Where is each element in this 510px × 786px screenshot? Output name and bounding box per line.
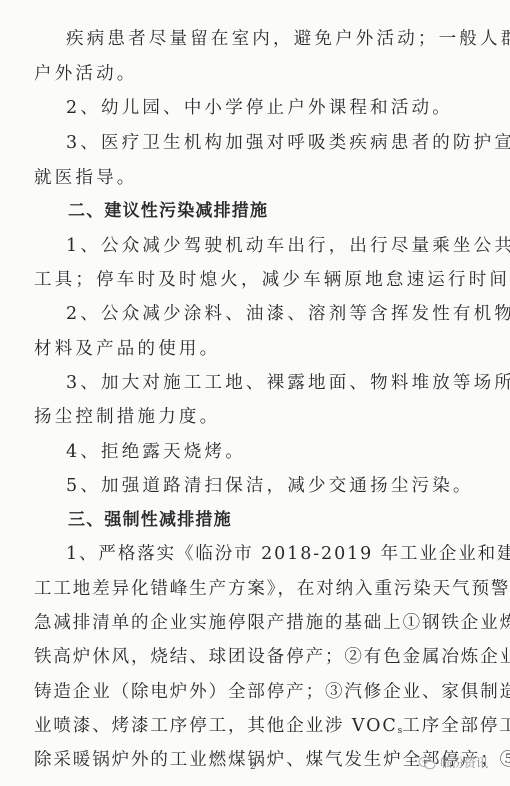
watermark-label: 临汾资讯 — [440, 754, 488, 771]
list-item: 5、加强道路清扫保洁，减少交通扬尘污染。 — [66, 475, 474, 497]
text-line-voc: 业喷漆、烤漆工序停工，其他企业涉 VOCs工序全部停工；④ — [34, 715, 510, 742]
wechat-icon — [418, 756, 436, 770]
text-line: 急减排清单的企业实施停限产措施的基础上①钢铁企业炼 — [34, 612, 510, 634]
list-item-continuation: 工具；停车时及时熄火，减少车辆原地怠速运行时间。 — [34, 269, 510, 291]
section-heading-mandatory-measures: 三、强制性减排措施 — [68, 509, 232, 531]
document-page: 疾病患者尽量留在室内，避免户外活动；一般人群减少 户外活动。 2、幼儿园、中小学… — [0, 0, 510, 786]
text-line: 户外活动。 — [34, 63, 138, 85]
text-line: 1、严格落实《临汾市 2018-2019 年工业企业和建筑施 — [66, 543, 510, 565]
text-line: 就医指导。 — [34, 167, 138, 189]
voc-text-before: 业喷漆、烤漆工序停工，其他企业涉 VOC — [34, 716, 398, 736]
list-item: 1、公众减少驾驶机动车出行，出行尽量乘坐公共交通 — [66, 235, 510, 257]
list-item-continuation: 扬尘控制措施力度。 — [34, 406, 220, 428]
text-line: 2、幼儿园、中小学停止户外课程和活动。 — [66, 97, 453, 119]
section-heading-advisory-measures: 二、建议性污染减排措施 — [68, 200, 268, 222]
text-line: 工工地差异化错峰生产方案》，在对纳入重污染天气预警应 — [34, 578, 510, 600]
text-line: 疾病患者尽量留在室内，避免户外活动；一般人群减少 — [66, 28, 510, 50]
list-item-continuation: 材料及产品的使用。 — [34, 338, 220, 360]
list-item: 3、加大对施工工地、裸露地面、物料堆放等场所实施 — [66, 372, 510, 394]
voc-text-after: 工序全部停工；④ — [402, 716, 510, 736]
page-number: 2 — [250, 762, 256, 772]
watermark: 临汾资讯 — [418, 754, 488, 771]
list-item: 2、公众减少涂料、油漆、溶剂等含挥发性有机物的原 — [66, 303, 510, 325]
list-item: 4、拒绝露天烧烤。 — [66, 441, 246, 463]
text-line: 3、医疗卫生机构加强对呼吸类疾病患者的防护宣传和 — [66, 132, 510, 154]
text-line: 铁高炉休风，烧结、球团设备停产；②有色金属冶炼企业、 — [34, 646, 510, 668]
text-line: 铸造企业（除电炉外）全部停产；③汽修企业、家俱制造企 — [34, 681, 510, 703]
